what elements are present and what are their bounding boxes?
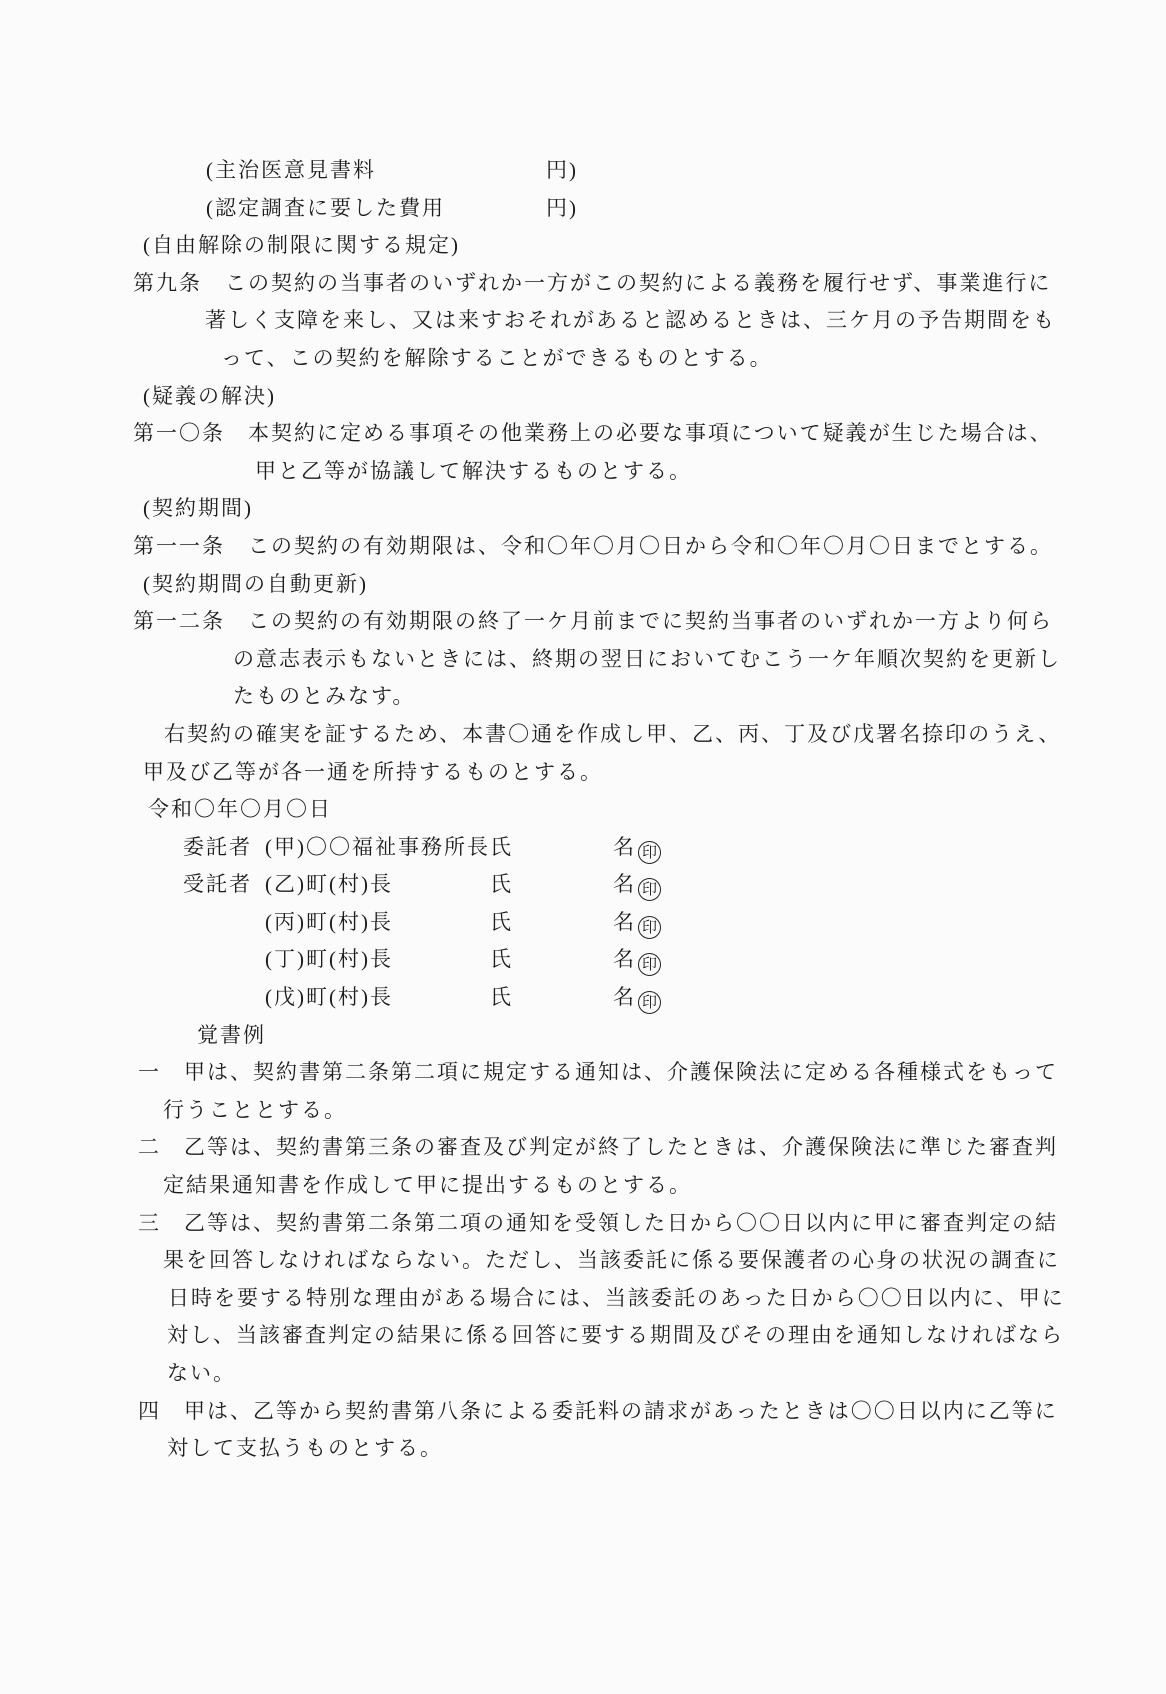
signatory-party: (甲)〇〇福祉事務所長 [265, 829, 490, 867]
mei-label: 名印 [613, 979, 661, 1017]
memo-item: 日時を要する特別な理由がある場合には、当該委託のあった日から〇〇日以内に、甲に [0, 1280, 1166, 1318]
memo-item: 果を回答しなければならない。ただし、当該委託に係る要保護者の心身の状況の調査に [0, 1242, 1166, 1280]
memo-item: 定結果通知書を作成して甲に提出するものとする。 [0, 1167, 1166, 1205]
mei-text: 名 [613, 947, 636, 971]
memo-text: 四 甲は、乙等から契約書第八条による委託料の請求があったときは〇〇日以内に乙等に [138, 1393, 1058, 1431]
section-heading: (疑義の解決) [0, 378, 1166, 416]
signatory-party: (乙)町(村)長 [265, 866, 393, 904]
closing-text: 右契約の確実を証するため、本書〇通を作成し甲、乙、丙、丁及び戊署名捺印のうえ、 [164, 716, 1061, 754]
shi-label: 氏 [490, 979, 513, 1017]
signature-row: 委託者 (甲)〇〇福祉事務所長 氏 名印 [0, 829, 1166, 867]
memo-item: 対し、当該審査判定の結果に係る回答に要する期間及びその理由を通知しなければなら [0, 1317, 1166, 1355]
seal-stamp-icon: 印 [638, 916, 661, 939]
fee-label: (認定調査に要した費用 [206, 190, 445, 228]
memo-item: 二 乙等は、契約書第三条の審査及び判定が終了したときは、介護保険法に準じた審査判 [0, 1129, 1166, 1167]
memo-item: 一 甲は、契約書第二条第二項に規定する通知は、介護保険法に定める各種様式をもって [0, 1054, 1166, 1092]
mei-text: 名 [613, 985, 636, 1009]
memo-text: 果を回答しなければならない。ただし、当該委託に係る要保護者の心身の状況の調査に [163, 1242, 1060, 1280]
memo-text: 定結果通知書を作成して甲に提出するものとする。 [163, 1167, 692, 1205]
fee-label: (主治医意見書料 [206, 152, 376, 190]
clause-line: 第一二条 この契約の有効期限の終了一ケ月前までに契約当事者のいずれか一方より何ら [0, 603, 1166, 641]
clause-text: 第一二条 この契約の有効期限の終了一ケ月前までに契約当事者のいずれか一方より何ら [133, 603, 1053, 641]
memo-text: 三 乙等は、契約書第二条第二項の通知を受領した日から〇〇日以内に甲に審査判定の結 [138, 1205, 1058, 1243]
clause-text: 著しく支障を来し、又は来すおそれがあると認めるときは、三ケ月の予告期間をも [205, 302, 1056, 340]
memo-title: 覚書例 [0, 1017, 1166, 1055]
seal-stamp-icon: 印 [638, 841, 661, 864]
date-line: 令和〇年〇月〇日 [0, 791, 1166, 829]
heading-text: (契約期間の自動更新) [143, 566, 368, 604]
closing-line: 右契約の確実を証するため、本書〇通を作成し甲、乙、丙、丁及び戊署名捺印のうえ、 [0, 716, 1166, 754]
contract-document: (主治医意見書料 円) (認定調査に要した費用 円) (自由解除の制限に関する規… [0, 152, 1166, 1468]
clause-text: 甲と乙等が協議して解決するものとする。 [255, 453, 692, 491]
mei-text: 名 [613, 910, 636, 934]
memo-item: 対して支払うものとする。 [0, 1430, 1166, 1468]
seal-stamp-icon: 印 [638, 878, 661, 901]
clause-text: って、この契約を解除することができるものとする。 [221, 340, 773, 378]
heading-text: (自由解除の制限に関する規定) [143, 227, 460, 265]
document-page: (主治医意見書料 円) (認定調査に要した費用 円) (自由解除の制限に関する規… [0, 0, 1166, 1694]
clause-line: 第一一条 この契約の有効期限は、令和〇年〇月〇日から令和〇年〇月〇日までとする。 [0, 528, 1166, 566]
memo-item: 行うこととする。 [0, 1092, 1166, 1130]
memo-text: 日時を要する特別な理由がある場合には、当該委託のあった日から〇〇日以内に、甲に [168, 1280, 1065, 1318]
clause-text: の意志表示もないときには、終期の翌日においてむこう一ケ年順次契約を更新し [233, 641, 1061, 679]
memo-text: 二 乙等は、契約書第三条の審査及び判定が終了したときは、介護保険法に準じた審査判 [138, 1129, 1058, 1167]
section-heading: (契約期間) [0, 490, 1166, 528]
signature-row: (丁)町(村)長 氏 名印 [0, 941, 1166, 979]
closing-text: 甲及び乙等が各一通を所持するものとする。 [143, 754, 603, 792]
clause-line: 甲と乙等が協議して解決するものとする。 [0, 453, 1166, 491]
mei-label: 名印 [613, 941, 661, 979]
clause-line: たものとみなす。 [0, 678, 1166, 716]
section-heading: (自由解除の制限に関する規定) [0, 227, 1166, 265]
clause-text: たものとみなす。 [233, 678, 415, 716]
signatory-party: (丙)町(村)長 [265, 904, 393, 942]
memo-item: 四 甲は、乙等から契約書第八条による委託料の請求があったときは〇〇日以内に乙等に [0, 1393, 1166, 1431]
heading-text: (契約期間) [143, 490, 253, 528]
clause-line: 第九条 この契約の当事者のいずれか一方がこの契約による義務を履行せず、事業進行に [0, 265, 1166, 303]
signatory-role: 受託者 [183, 866, 252, 904]
clause-line: の意志表示もないときには、終期の翌日においてむこう一ケ年順次契約を更新し [0, 641, 1166, 679]
shi-label: 氏 [490, 941, 513, 979]
memo-text: 行うこととする。 [163, 1092, 347, 1130]
signatory-party: (戊)町(村)長 [265, 979, 393, 1017]
memo-text: 一 甲は、契約書第二条第二項に規定する通知は、介護保険法に定める各種様式をもって [138, 1054, 1058, 1092]
signatory-party: (丁)町(村)長 [265, 941, 393, 979]
signatory-role: 委託者 [183, 829, 252, 867]
memo-text: ない。 [167, 1355, 236, 1393]
seal-stamp-icon: 印 [638, 991, 661, 1014]
memo-text: 対して支払うものとする。 [167, 1430, 443, 1468]
signature-row: (戊)町(村)長 氏 名印 [0, 979, 1166, 1017]
heading-text: (疑義の解決) [143, 378, 276, 416]
mei-label: 名印 [613, 829, 661, 867]
shi-label: 氏 [490, 904, 513, 942]
mei-text: 名 [613, 872, 636, 896]
closing-line: 甲及び乙等が各一通を所持するものとする。 [0, 754, 1166, 792]
memo-item: ない。 [0, 1355, 1166, 1393]
clause-text: 第九条 この契約の当事者のいずれか一方がこの契約による義務を履行せず、事業進行に [133, 265, 1051, 303]
memo-text: 対し、当該審査判定の結果に係る回答に要する期間及びその理由を通知しなければなら [167, 1317, 1064, 1355]
seal-stamp-icon: 印 [638, 953, 661, 976]
clause-line: って、この契約を解除することができるものとする。 [0, 340, 1166, 378]
signature-row: (丙)町(村)長 氏 名印 [0, 904, 1166, 942]
signature-row: 受託者 (乙)町(村)長 氏 名印 [0, 866, 1166, 904]
clause-text: 第一一条 この契約の有効期限は、令和〇年〇月〇日から令和〇年〇月〇日までとする。 [133, 528, 1053, 566]
clause-line: 第一〇条 本契約に定める事項その他業務上の必要な事項について疑義が生じた場合は、 [0, 415, 1166, 453]
mei-label: 名印 [613, 866, 661, 904]
clause-text: 第一〇条 本契約に定める事項その他業務上の必要な事項について疑義が生じた場合は、 [133, 415, 1053, 453]
shi-label: 氏 [490, 866, 513, 904]
memo-title-text: 覚書例 [197, 1017, 266, 1055]
clause-line: 著しく支障を来し、又は来すおそれがあると認めるときは、三ケ月の予告期間をも [0, 302, 1166, 340]
mei-label: 名印 [613, 904, 661, 942]
section-heading: (契約期間の自動更新) [0, 566, 1166, 604]
memo-item: 三 乙等は、契約書第二条第二項の通知を受領した日から〇〇日以内に甲に審査判定の結 [0, 1205, 1166, 1243]
yen-unit: 円) [546, 152, 578, 190]
yen-unit: 円) [546, 190, 578, 228]
shi-label: 氏 [490, 829, 513, 867]
fee-line: (認定調査に要した費用 円) [0, 190, 1166, 228]
mei-text: 名 [613, 835, 636, 859]
date-text: 令和〇年〇月〇日 [148, 791, 332, 829]
fee-line: (主治医意見書料 円) [0, 152, 1166, 190]
